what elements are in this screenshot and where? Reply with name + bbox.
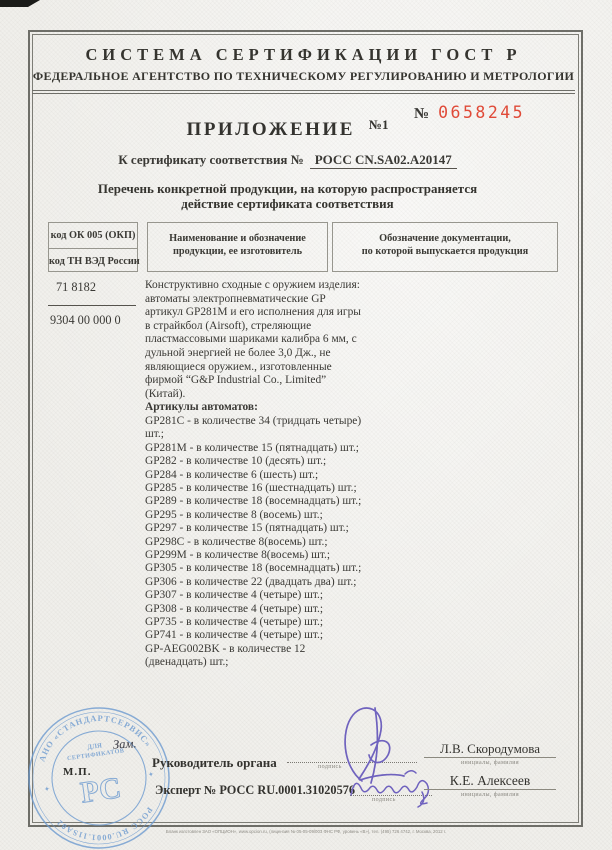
subheading-line-2: действие сертификата соответствия: [0, 197, 575, 212]
text-line: Конструктивно сходные с оружием изделия:: [145, 279, 363, 293]
stamp-star-right: ✦: [148, 770, 155, 779]
text-line: дульной энергией не более 3,0 Дж., не: [145, 347, 363, 361]
expert-name: К.Е. Алексеев: [424, 773, 556, 789]
article-item: GP735 - в количестве 4 (четыре) шт.;: [145, 616, 363, 629]
head-name: Л.В. Скородумова: [424, 741, 556, 757]
text-line: являющиеся оружием., изготовленные: [145, 361, 363, 375]
articles-heading: Артикулы автоматов:: [145, 401, 363, 415]
system-title: СИСТЕМА СЕРТИФИКАЦИИ ГОСТ Р: [32, 45, 575, 65]
text-line: автоматы электропневматические GP: [145, 293, 363, 307]
appendix-title: ПРИЛОЖЕНИЕ№1: [0, 119, 575, 141]
expert-name-caption: инициалы, фамилия: [424, 792, 556, 798]
article-item: GP281C - в количестве 34 (тридцать четыр…: [145, 415, 363, 442]
product-header-line-1: Наименование и обозначение: [148, 232, 327, 245]
appendix-number: №1: [369, 117, 389, 133]
articles-list: GP281C - в количестве 34 (тридцать четыр…: [145, 415, 363, 670]
article-item: GP306 - в количестве 22 (двадцать два) ш…: [145, 576, 363, 589]
article-item: GP305 - в количестве 18 (восемнадцать) ш…: [145, 562, 363, 575]
code-divider-line: [48, 305, 136, 306]
product-header-line-2: продукции, ее изготовитель: [148, 245, 327, 258]
head-of-body-label: Руководитель органа: [152, 755, 277, 771]
article-item: GP299M - в количестве 8(восемь) шт.;: [145, 549, 363, 562]
stamp-place-label: М.П.: [63, 766, 91, 778]
certificate-reference: К сертификату соответствия №РОСС CN.SA02…: [0, 152, 575, 168]
round-stamp: АНО «СТАНДАРТСЕРВИС» РОСС RU.0001.11SA02…: [24, 703, 174, 850]
article-item: GP295 - в количестве 8 (восемь) шт.;: [145, 509, 363, 522]
article-item: GP297 - в количестве 15 (пятнадцать) шт.…: [145, 522, 363, 535]
tnved-code-value: 9304 00 000 0: [50, 313, 121, 328]
text-line: в страйкбол (Airsoft), стреляющие: [145, 320, 363, 334]
table-header-documentation: Обозначение документации, по которой вып…: [332, 222, 558, 272]
article-item: GP282 - в количестве 10 (десять) шт.;: [145, 455, 363, 468]
expert-label: Эксперт № РОСС RU.0001.31020576: [155, 783, 355, 798]
expert-signature-ink: [348, 762, 434, 808]
table-header-product: Наименование и обозначение продукции, ее…: [147, 222, 328, 272]
head-name-line: [424, 757, 556, 758]
article-item: GP308 - в количестве 4 (четыре) шт.;: [145, 603, 363, 616]
subheading-line-1: Перечень конкретной продукции, на котору…: [0, 182, 575, 197]
article-item: GP281M - в количестве 15 (пятнадцать) шт…: [145, 442, 363, 455]
certificate-reference-label: К сертификату соответствия №: [118, 152, 304, 167]
okp-code-value: 71 8182: [56, 280, 96, 295]
header-band: СИСТЕМА СЕРТИФИКАЦИИ ГОСТ Р ФЕДЕРАЛЬНОЕ …: [32, 34, 575, 94]
certificate-number: РОСС CN.SA02.A20147: [310, 152, 457, 169]
product-list-subheading: Перечень конкретной продукции, на котору…: [0, 182, 575, 211]
product-description-block: Конструктивно сходные с оружием изделия:…: [145, 279, 363, 670]
article-item: GP284 - в количестве 6 (шесть) шт.;: [145, 469, 363, 482]
agency-subtitle: ФЕДЕРАЛЬНОЕ АГЕНТСТВО ПО ТЕХНИЧЕСКОМУ РЕ…: [32, 69, 575, 84]
article-item: GP298C - в количестве 8(восемь) шт.;: [145, 536, 363, 549]
documentation-header-line-1: Обозначение документации,: [333, 232, 557, 245]
okp-code-header: код ОК 005 (ОКП): [49, 223, 137, 249]
tnved-code-header: код ТН ВЭД России: [49, 249, 137, 274]
article-item: GP-AEG002BK - в количестве 12 (двенадцат…: [145, 643, 363, 670]
table-header-codes: код ОК 005 (ОКП) код ТН ВЭД России: [48, 222, 138, 272]
article-item: GP307 - в количестве 4 (четыре) шт.;: [145, 589, 363, 602]
text-line: (Китай).: [145, 388, 363, 402]
scanned-certificate: { "colors": { "paper": "#f0efeb", "ink":…: [0, 0, 612, 850]
text-line: артикул GP281M и его исполнения для игры: [145, 306, 363, 320]
article-item: GP285 - в количестве 16 (шестнадцать) шт…: [145, 482, 363, 495]
article-item: GP289 - в количестве 18 (восемнадцать) ш…: [145, 495, 363, 508]
documentation-header-line-2: по которой выпускается продукция: [333, 245, 557, 258]
handwritten-zam-note: Зам.: [113, 736, 137, 752]
stamp-star-left: ✦: [44, 785, 51, 794]
printer-fine-print: Бланк изготовлен ЗАО «ОПЦИОН», www.opcio…: [86, 830, 527, 834]
text-line: пластмассовыми шариками калибра 6 мм, с: [145, 333, 363, 347]
head-name-caption: инициалы, фамилия: [424, 760, 556, 766]
expert-name-line: [424, 789, 556, 790]
appendix-title-text: ПРИЛОЖЕНИЕ: [187, 119, 355, 140]
article-item: GP741 - в количестве 4 (четыре) шт.;: [145, 629, 363, 642]
scan-corner-artifact: [0, 0, 40, 7]
text-line: фирмой “G&P Industrial Co., Limited”: [145, 374, 363, 388]
product-description-lines: Конструктивно сходные с оружием изделия:…: [145, 279, 363, 401]
